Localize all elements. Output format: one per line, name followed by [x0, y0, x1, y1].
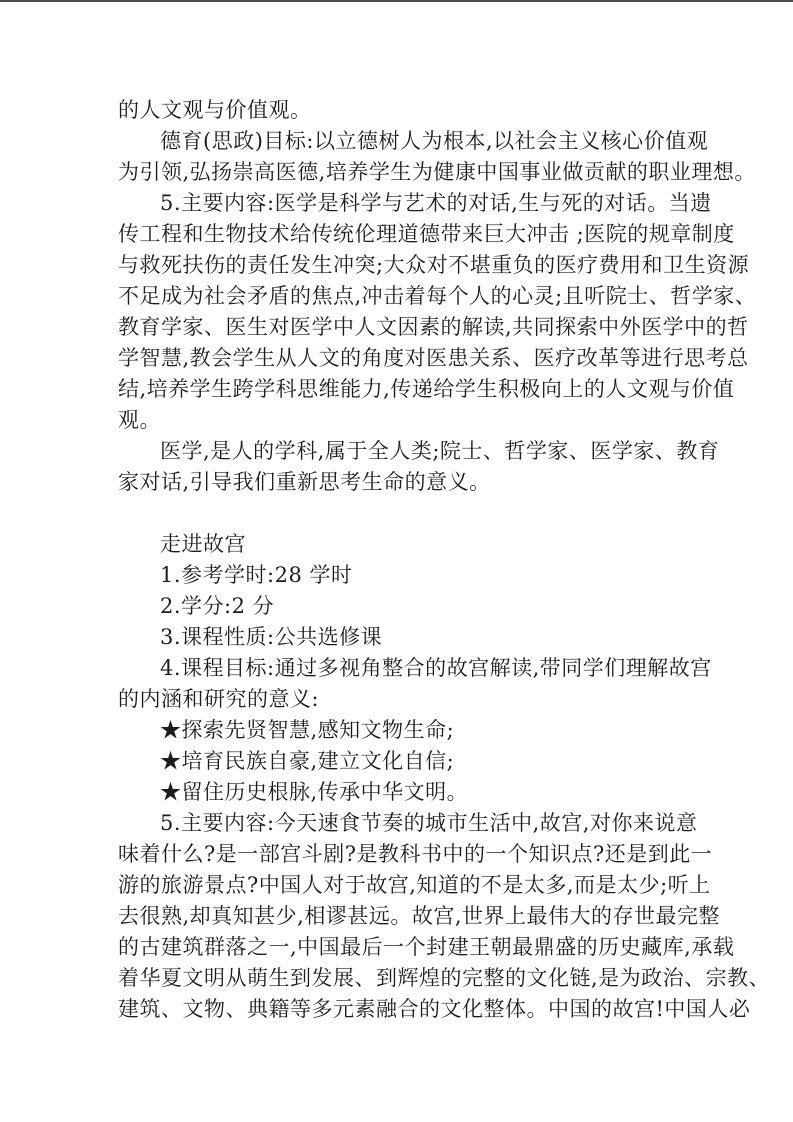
- text-line: 5.主要内容:医学是科学与艺术的对话,生与死的对话。当遗: [118, 188, 698, 219]
- text-line: 观。: [118, 405, 698, 436]
- text-line: 与救死扶伤的责任发生冲突;大众对不堪重负的医疗费用和卫生资源: [118, 250, 698, 281]
- text-line: 着华夏文明从萌生到发展、到辉煌的完整的文化链,是为政治、宗教、: [118, 963, 698, 994]
- blank-line: [118, 498, 698, 529]
- text-line: 教育学家、医生对医学中人文因素的解读,共同探索中外医学中的哲: [118, 312, 698, 343]
- text-line: 1.参考学时:28 学时: [118, 560, 698, 591]
- text-line: 味着什么?是一部宫斗剧?是教科书中的一个知识点?还是到此一: [118, 839, 698, 870]
- text-line: ★探索先贤智慧,感知文物生命;: [118, 715, 698, 746]
- text-line: 3.课程性质:公共选修课: [118, 622, 698, 653]
- text-line: 走进故宫: [118, 529, 698, 560]
- text-line: 传工程和生物技术给传统伦理道德带来巨大冲击 ;医院的规章制度: [118, 219, 698, 250]
- text-line: 5.主要内容:今天速食节奏的城市生活中,故宫,对你来说意: [118, 808, 698, 839]
- text-line: 为引领,弘扬崇高医德,培养学生为健康中国事业做贡献的职业理想。: [118, 157, 698, 188]
- text-line: 去很熟,却真知甚少,相谬甚远。故宫,世界上最伟大的存世最完整: [118, 901, 698, 932]
- text-line: 游的旅游景点?中国人对于故宫,知道的不是太多,而是太少;听上: [118, 870, 698, 901]
- text-block: 的人文观与价值观。德育(思政)目标:以立德树人为根本,以社会主义核心价值观为引领…: [118, 95, 698, 1025]
- text-line: 建筑、文物、典籍等多元素融合的文化整体。中国的故宫!中国人必: [118, 994, 698, 1025]
- top-border: [0, 0, 793, 2]
- document-page: 的人文观与价值观。德育(思政)目标:以立德树人为根本,以社会主义核心价值观为引领…: [0, 0, 793, 1122]
- text-line: 的人文观与价值观。: [118, 95, 698, 126]
- text-line: 不足成为社会矛盾的焦点,冲击着每个人的心灵;且听院士、哲学家、: [118, 281, 698, 312]
- text-line: 医学,是人的学科,属于全人类;院士、哲学家、医学家、教育: [118, 436, 698, 467]
- text-line: 家对话,引导我们重新思考生命的意义。: [118, 467, 698, 498]
- text-line: 2.学分:2 分: [118, 591, 698, 622]
- text-line: 的内涵和研究的意义:: [118, 684, 698, 715]
- text-line: 德育(思政)目标:以立德树人为根本,以社会主义核心价值观: [118, 126, 698, 157]
- text-line: ★培育民族自豪,建立文化自信;: [118, 746, 698, 777]
- text-line: 学智慧,教会学生从人文的角度对医患关系、医疗改革等进行思考总: [118, 343, 698, 374]
- text-line: 的古建筑群落之一,中国最后一个封建王朝最鼎盛的历史藏库,承载: [118, 932, 698, 963]
- text-line: ★留住历史根脉,传承中华文明。: [118, 777, 698, 808]
- text-line: 结,培养学生跨学科思维能力,传递给学生积极向上的人文观与价值: [118, 374, 698, 405]
- text-line: 4.课程目标:通过多视角整合的故宫解读,带同学们理解故宫: [118, 653, 698, 684]
